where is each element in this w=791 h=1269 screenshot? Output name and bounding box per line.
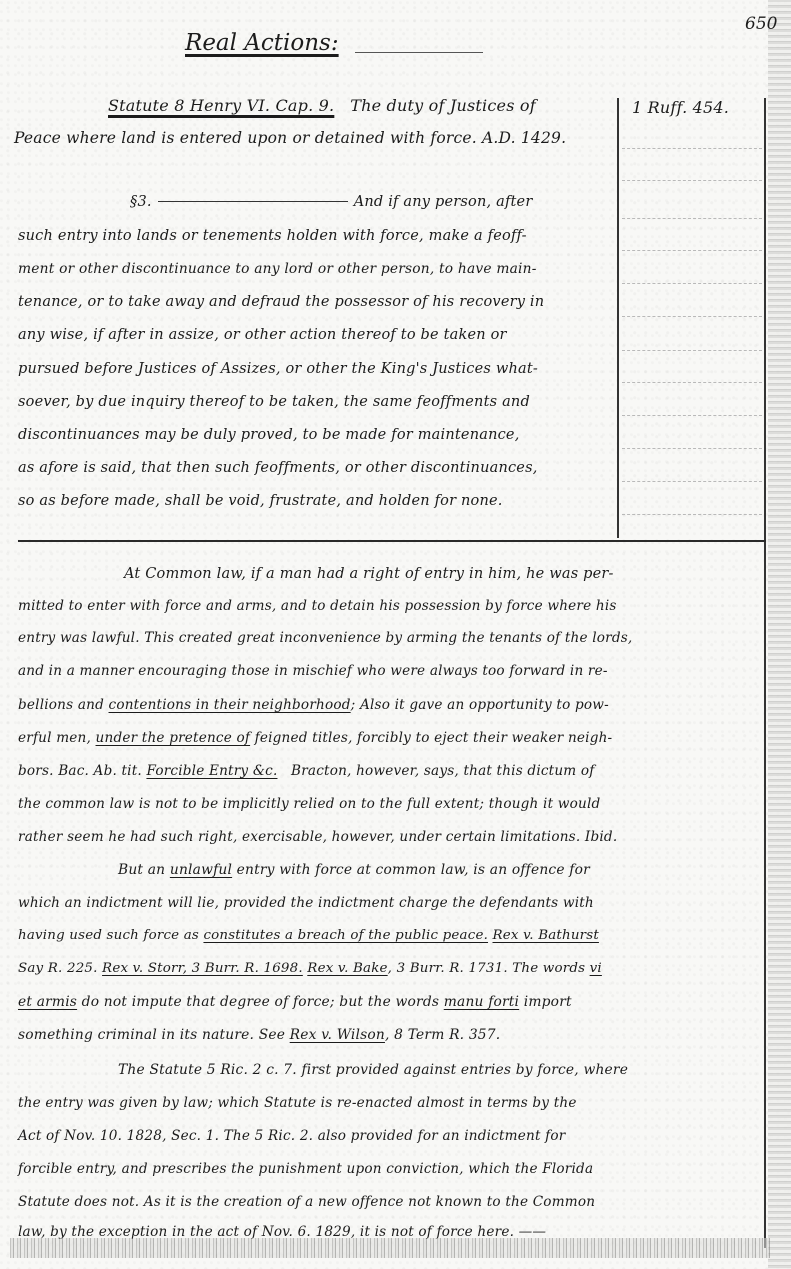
statute-heading-line-1: Statute 8 Henry VI. Cap. 9. The duty of … <box>108 96 536 115</box>
margin-rule <box>622 448 762 450</box>
commentary-line: rather seem he had such right, exercisab… <box>18 829 617 845</box>
statute-line: pursued before Justices of Assizes, or o… <box>18 361 538 377</box>
page-bottom-smudge <box>10 1238 770 1258</box>
section-divider <box>18 540 766 542</box>
commentary-line: something criminal in its nature. See Re… <box>18 1027 500 1043</box>
page-edge-shadow <box>768 0 791 1269</box>
margin-column-right-border <box>764 98 766 1248</box>
margin-rule <box>622 382 762 384</box>
commentary-line: entry was lawful. This created great inc… <box>18 630 632 646</box>
statute-line: any wise, if after in assize, or other a… <box>18 327 507 343</box>
manuscript-page: 650 Real Actions: 1 Ruff. 454. Statute 8… <box>0 0 791 1269</box>
commentary-line: forcible entry, and prescribes the punis… <box>18 1161 593 1177</box>
statute-line: such entry into lands or tenements holde… <box>18 228 527 244</box>
margin-rule <box>622 148 762 150</box>
margin-rule <box>622 481 762 483</box>
margin-rule <box>622 514 762 516</box>
margin-rule <box>622 316 762 318</box>
statute-description: The duty of Justices of <box>350 96 536 115</box>
commentary-line: Statute does not. As it is the creation … <box>18 1194 595 1210</box>
statute-line: as afore is said, that then such feoffme… <box>18 460 538 476</box>
statute-line: discontinuances may be duly proved, to b… <box>18 427 520 443</box>
commentary-line: The Statute 5 Ric. 2 c. 7. first provide… <box>118 1062 628 1078</box>
commentary-line: and in a manner encouraging those in mis… <box>18 663 608 679</box>
margin-rule <box>622 250 762 252</box>
commentary-line: At Common law, if a man had a right of e… <box>124 566 614 582</box>
margin-rule <box>622 218 762 220</box>
margin-rule <box>622 415 762 417</box>
statute-line: so as before made, shall be void, frustr… <box>18 493 503 509</box>
margin-rule <box>622 350 762 352</box>
section-blank-line <box>158 201 348 202</box>
commentary-line: having used such force as constitutes a … <box>18 928 599 943</box>
commentary-line: the entry was given by law; which Statut… <box>18 1095 577 1111</box>
margin-column-left-border <box>617 98 619 538</box>
commentary-line: the common law is not to be implicitly r… <box>18 796 600 812</box>
margin-citation: 1 Ruff. 454. <box>632 98 729 117</box>
commentary-line: Act of Nov. 10. 1828, Sec. 1. The 5 Ric.… <box>18 1128 565 1144</box>
commentary-line: which an indictment will lie, provided t… <box>18 895 594 911</box>
commentary-line: bors. Bac. Ab. tit. Forcible Entry &c. B… <box>18 763 595 779</box>
margin-rule <box>622 180 762 182</box>
page-title: Real Actions: <box>185 30 339 56</box>
statute-citation: Statute 8 Henry VI. Cap. 9. <box>108 96 334 115</box>
section-number: §3. <box>130 194 152 210</box>
page-number: 650 <box>745 14 777 34</box>
statute-line: tenance, or to take away and defraud the… <box>18 294 544 310</box>
commentary-line: Say R. 225. Rex v. Storr, 3 Burr. R. 169… <box>18 961 602 976</box>
title-flourish-line <box>355 52 483 53</box>
statute-heading-line-2: Peace where land is entered upon or deta… <box>14 129 566 147</box>
commentary-line: et armis do not impute that degree of fo… <box>18 994 572 1010</box>
statute-line: soever, by due inquiry thereof to be tak… <box>18 394 530 410</box>
commentary-line: erful men, under the pretence of feigned… <box>18 730 612 746</box>
commentary-line: But an unlawful entry with force at comm… <box>118 862 590 878</box>
statute-section-line-1: §3.And if any person, after <box>130 194 532 210</box>
commentary-line: bellions and contentions in their neighb… <box>18 697 609 713</box>
statute-line: ment or other discontinuance to any lord… <box>18 261 537 277</box>
margin-rule <box>622 283 762 285</box>
commentary-line: mitted to enter with force and arms, and… <box>18 598 617 614</box>
